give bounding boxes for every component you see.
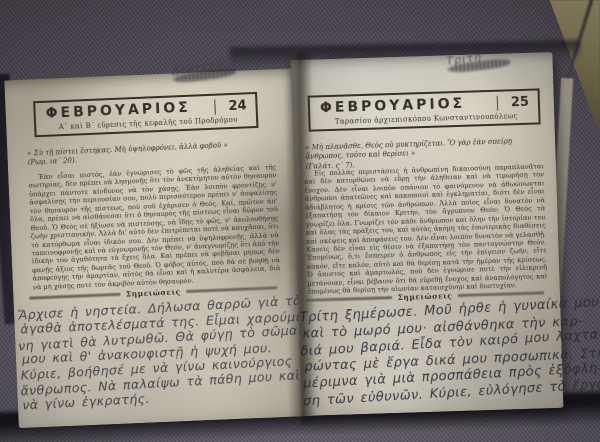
day-number: 24 [214,98,250,114]
left-page: Δευτέρα ΦΕΒΡΟΥΑΡΙΟΣ 24 Α΄ καὶ Β΄ εὕρεσις… [4,68,316,428]
verse-block-left: « Σὺ τῇ πίστει ἕστηκας. Μὴ ὑψηλοφρόνει, … [27,140,264,169]
day-number: 25 [497,94,532,110]
pencil-day-scribble-left: Δευτέρα [171,55,237,85]
notes-rule-right [458,292,544,297]
notes-rule-left [29,293,120,299]
photo-open-diary: Δευτέρα ΦΕΒΡΟΥΑΡΙΟΣ 24 Α΄ καὶ Β΄ εὕρεσις… [0,0,600,442]
handwritten-note-left: Ἄρχισε ἡ νηστεία. Δήλωσα θαρρῶ γιὰ τὰ ἀγ… [17,293,310,413]
date-header-box-left: ΦΕΒΡΟΥΑΡΙΟΣ 24 Α΄ καὶ Β΄ εὕρεσις τῆς κεφ… [33,92,258,137]
notes-label: Σημειώσεις [397,291,452,302]
devotional-body-left: Ἐὰν εἶσαι πιστός, ἐὰν ἐγνώρισες τὸ φῶς τ… [28,163,281,291]
right-page: Τρίτη ΦΕΒΡΟΥΑΡΙΟΣ 25 Ταρασίου ἀρχιεπισκό… [290,52,563,416]
notes-rule-left [306,296,392,301]
handwritten-note-right: Τρίτη ξημέρωσε. Μοῦ ἦρθε ἡ γυναίκα μου κ… [299,297,560,409]
devotional-body-right: Εἰς πολλὰς περιστάσεις ἡ ἀνθρωπίνη δικαι… [304,162,548,296]
date-header-box-right: ΦΕΒΡΟΥΑΡΙΟΣ 25 Ταρασίου ἀρχιεπισκόπου Κω… [308,88,541,131]
notes-rule-right [187,286,278,292]
notes-label: Σημειώσεις [126,287,181,298]
book-center-fold [284,52,316,424]
